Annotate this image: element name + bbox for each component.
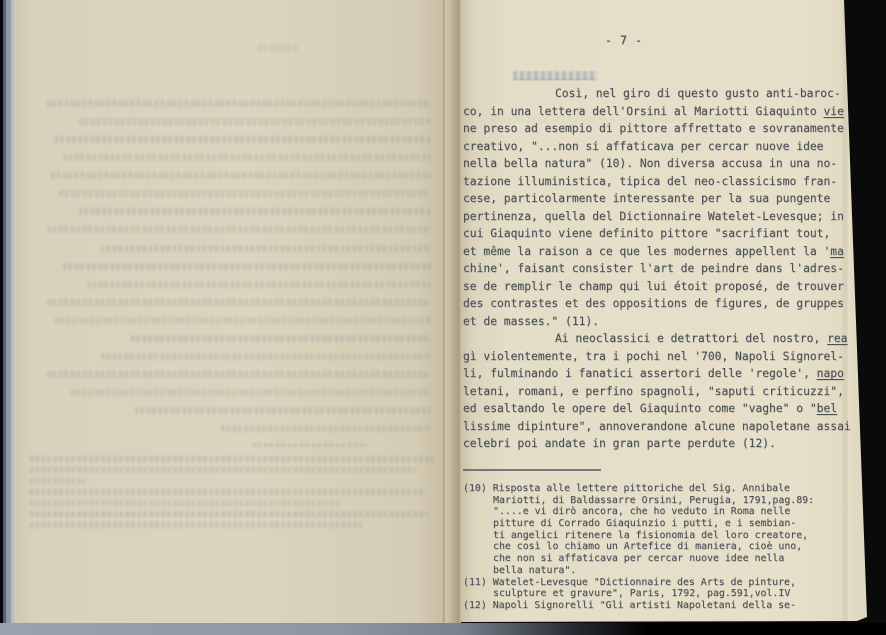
ghost-text-line	[131, 335, 431, 342]
right-page: - 7 - Così, nel giro di questo gusto ant…	[461, 0, 886, 635]
ghost-text-line	[30, 456, 434, 462]
typed-line: gì violentemente, tra i pochi nel '700, …	[463, 350, 863, 368]
ghost-text-line	[63, 154, 431, 161]
text-segment: chine', faisant consister l'art de peind…	[463, 262, 844, 275]
footnote-line: che non si affaticava per cercar nuove i…	[463, 553, 843, 565]
typed-line: li, fulminando i fanatici assertori dell…	[463, 367, 863, 385]
ghost-text-line	[101, 245, 431, 252]
text-segment: cese, particolarmente interessante per l…	[463, 192, 830, 205]
text-segment: et de masses." (11).	[463, 315, 599, 328]
footnote-line: (12) Napoli Signorelli "Gli artisti Napo…	[463, 600, 843, 612]
typed-line: et même la raison a ce que les modernes …	[463, 245, 863, 263]
footnote-line: ti angelici ritenere la fisionomia del l…	[463, 530, 843, 542]
typed-line: Così, nel giro di questo gusto anti-baro…	[463, 87, 863, 105]
underlined-word-fragment: rea	[827, 332, 847, 345]
footnote-line: pitture di Corrado Giaquinzio i putti, e…	[463, 518, 843, 530]
text-segment: ne preso ad esempio di pittore affrettat…	[463, 122, 844, 135]
ghost-text-line	[79, 208, 431, 215]
ghost-text-line	[79, 118, 431, 125]
ghost-text-line	[63, 263, 431, 270]
typed-line: ne preso ad esempio di pittore affrettat…	[463, 122, 863, 140]
footnote-line: (10) Risposta alle lettere pittoriche de…	[463, 483, 843, 495]
typed-line: chine', faisant consister l'art de peind…	[463, 262, 863, 280]
ghost-text-line	[59, 190, 431, 197]
ghost-text-line	[221, 425, 431, 432]
book-scan: { "document": { "right_page": { "page_nu…	[0, 0, 886, 635]
text-segment: pertinenza, quella del Dictionnaire Wate…	[463, 210, 844, 223]
underlined-word-fragment: vie	[823, 105, 843, 118]
left-page	[14, 0, 443, 623]
footnote-line: "....e vi dirò ancora, che ho veduto in …	[463, 506, 843, 518]
typed-line: Ai neoclassici e detrattori del nostro, …	[463, 332, 863, 350]
ghost-text-line	[252, 443, 367, 447]
text-segment: lissime dipinture", annoverandone alcune…	[463, 420, 851, 433]
footnote-line: che così lo chiamo un Artefice di manier…	[463, 541, 843, 553]
text-segment: li, fulminando i fanatici assertori dell…	[463, 367, 817, 380]
footnote-line: bella natura".	[463, 565, 843, 577]
book-gutter	[443, 0, 461, 629]
typed-line: creativo, "...non si affaticava per cerc…	[463, 140, 863, 158]
typed-body-text: Così, nel giro di questo gusto anti-baro…	[463, 87, 863, 455]
ghost-text-line	[135, 407, 431, 414]
text-segment: des contrastes et des oppositions de fig…	[463, 297, 844, 310]
typed-line: ed esaltando le opere del Giaquinto come…	[463, 402, 863, 420]
ghost-heading	[513, 71, 597, 80]
text-segment: ed esaltando le opere del Giaquinto come…	[463, 402, 817, 415]
typed-line: pertinenza, quella del Dictionnaire Wate…	[463, 210, 863, 228]
typed-line: cese, particolarmente interessante per l…	[463, 192, 863, 210]
footnote-divider	[463, 469, 601, 471]
typed-line: letani, romani, e perfino spagnoli, "sap…	[463, 385, 863, 403]
footnote-line: (11) Watelet-Levesque "Dictionnaire des …	[463, 577, 843, 589]
typed-line: cui Giaquinto viene definito pittore "sa…	[463, 227, 863, 245]
ghost-text-line	[258, 45, 298, 51]
ghost-text-line	[30, 500, 342, 506]
ghost-text-line	[47, 226, 431, 233]
text-segment: celebri poi andate in gran parte perdute…	[463, 437, 776, 450]
text-segment: nella bella natura" (10). Non diversa ac…	[463, 157, 837, 170]
text-segment: tazione illuministica, tipica del neo-cl…	[463, 175, 837, 188]
text-segment: creativo, "...non si affaticava per cerc…	[463, 140, 823, 153]
typed-line: tazione illuministica, tipica del neo-cl…	[463, 175, 863, 193]
text-segment: Ai neoclassici e detrattori del nostro,	[555, 332, 827, 345]
ghost-text-line	[30, 467, 416, 473]
book-bottom-edge	[0, 623, 886, 635]
ghost-text-line	[55, 317, 431, 324]
typed-line: et de masses." (11).	[463, 315, 863, 333]
footnote-line: sculpture et gravure", Paris, 1792, pag.…	[463, 588, 843, 600]
ghost-text-line	[47, 100, 431, 107]
typed-line: celebri poi andate in gran parte perdute…	[463, 437, 863, 455]
typed-line: nella bella natura" (10). Non diversa ac…	[463, 157, 863, 175]
ghost-text-line	[51, 172, 431, 179]
ghost-text-line	[47, 371, 431, 378]
ghost-text-line	[491, 116, 721, 123]
typed-line: lissime dipinture", annoverandone alcune…	[463, 420, 863, 438]
underlined-word-fragment: bel	[817, 402, 837, 415]
ghost-text-line	[30, 478, 86, 484]
text-segment: Così, nel giro di questo gusto anti-baro…	[555, 87, 841, 100]
text-segment: cui Giaquinto viene definito pittore "sa…	[463, 227, 830, 240]
page-number: - 7 -	[605, 33, 643, 47]
ghost-text-line	[30, 511, 428, 517]
ghost-text-line	[30, 522, 362, 528]
footnote-line: Mariotti, di Baldassarre Orsini, Perugia…	[463, 495, 843, 507]
underlined-word-fragment: ma	[830, 245, 844, 258]
ghost-text-line	[71, 389, 431, 396]
typed-line: des contrastes et des oppositions de fig…	[463, 297, 863, 315]
text-segment: letani, romani, e perfino spagnoli, "sap…	[463, 385, 844, 398]
ghost-text-line	[87, 281, 431, 288]
ghost-text-line	[491, 280, 651, 287]
ghost-text-line	[30, 489, 426, 495]
ghost-text-line	[101, 353, 431, 360]
underlined-word-fragment: napo	[817, 367, 844, 380]
ghost-text-line	[55, 136, 431, 143]
footnotes-block: (10) Risposta alle lettere pittoriche de…	[463, 483, 843, 612]
text-segment: gì violentemente, tra i pochi nel '700, …	[463, 350, 844, 363]
text-segment: et même la raison a ce que les modernes …	[463, 245, 830, 258]
ghost-text-line	[47, 299, 431, 306]
